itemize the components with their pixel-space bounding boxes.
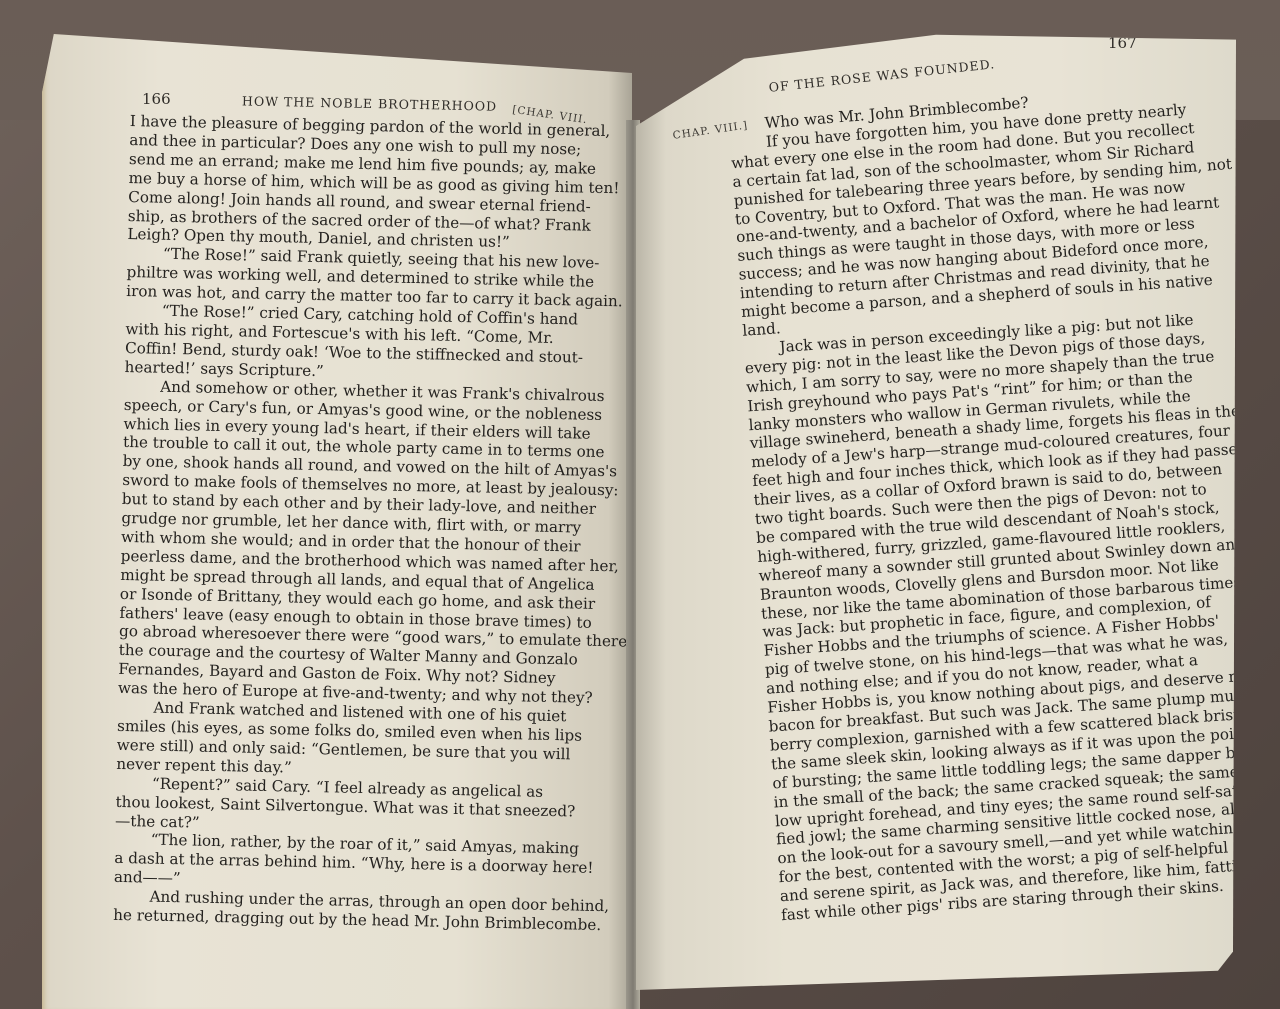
left-page-body: I have the pleasure of begging pardon of…: [113, 112, 638, 935]
right-running-head: OF THE ROSE WAS FOUNDED.: [768, 56, 996, 95]
right-page-number: 167: [1108, 34, 1137, 52]
left-page-number: 166: [142, 90, 171, 108]
open-book: 166 HOW THE NOBLE BROTHERHOOD [CHAP. VII…: [40, 30, 1250, 1009]
right-page-body: Who was Mr. John Brimblecombe?If you hav…: [728, 81, 1280, 925]
left-page: 166 HOW THE NOBLE BROTHERHOOD [CHAP. VII…: [42, 34, 632, 1009]
right-page: 167 OF THE ROSE WAS FOUNDED. CHAP. VIII.…: [636, 30, 1236, 990]
left-running-head: HOW THE NOBLE BROTHERHOOD: [242, 93, 497, 113]
